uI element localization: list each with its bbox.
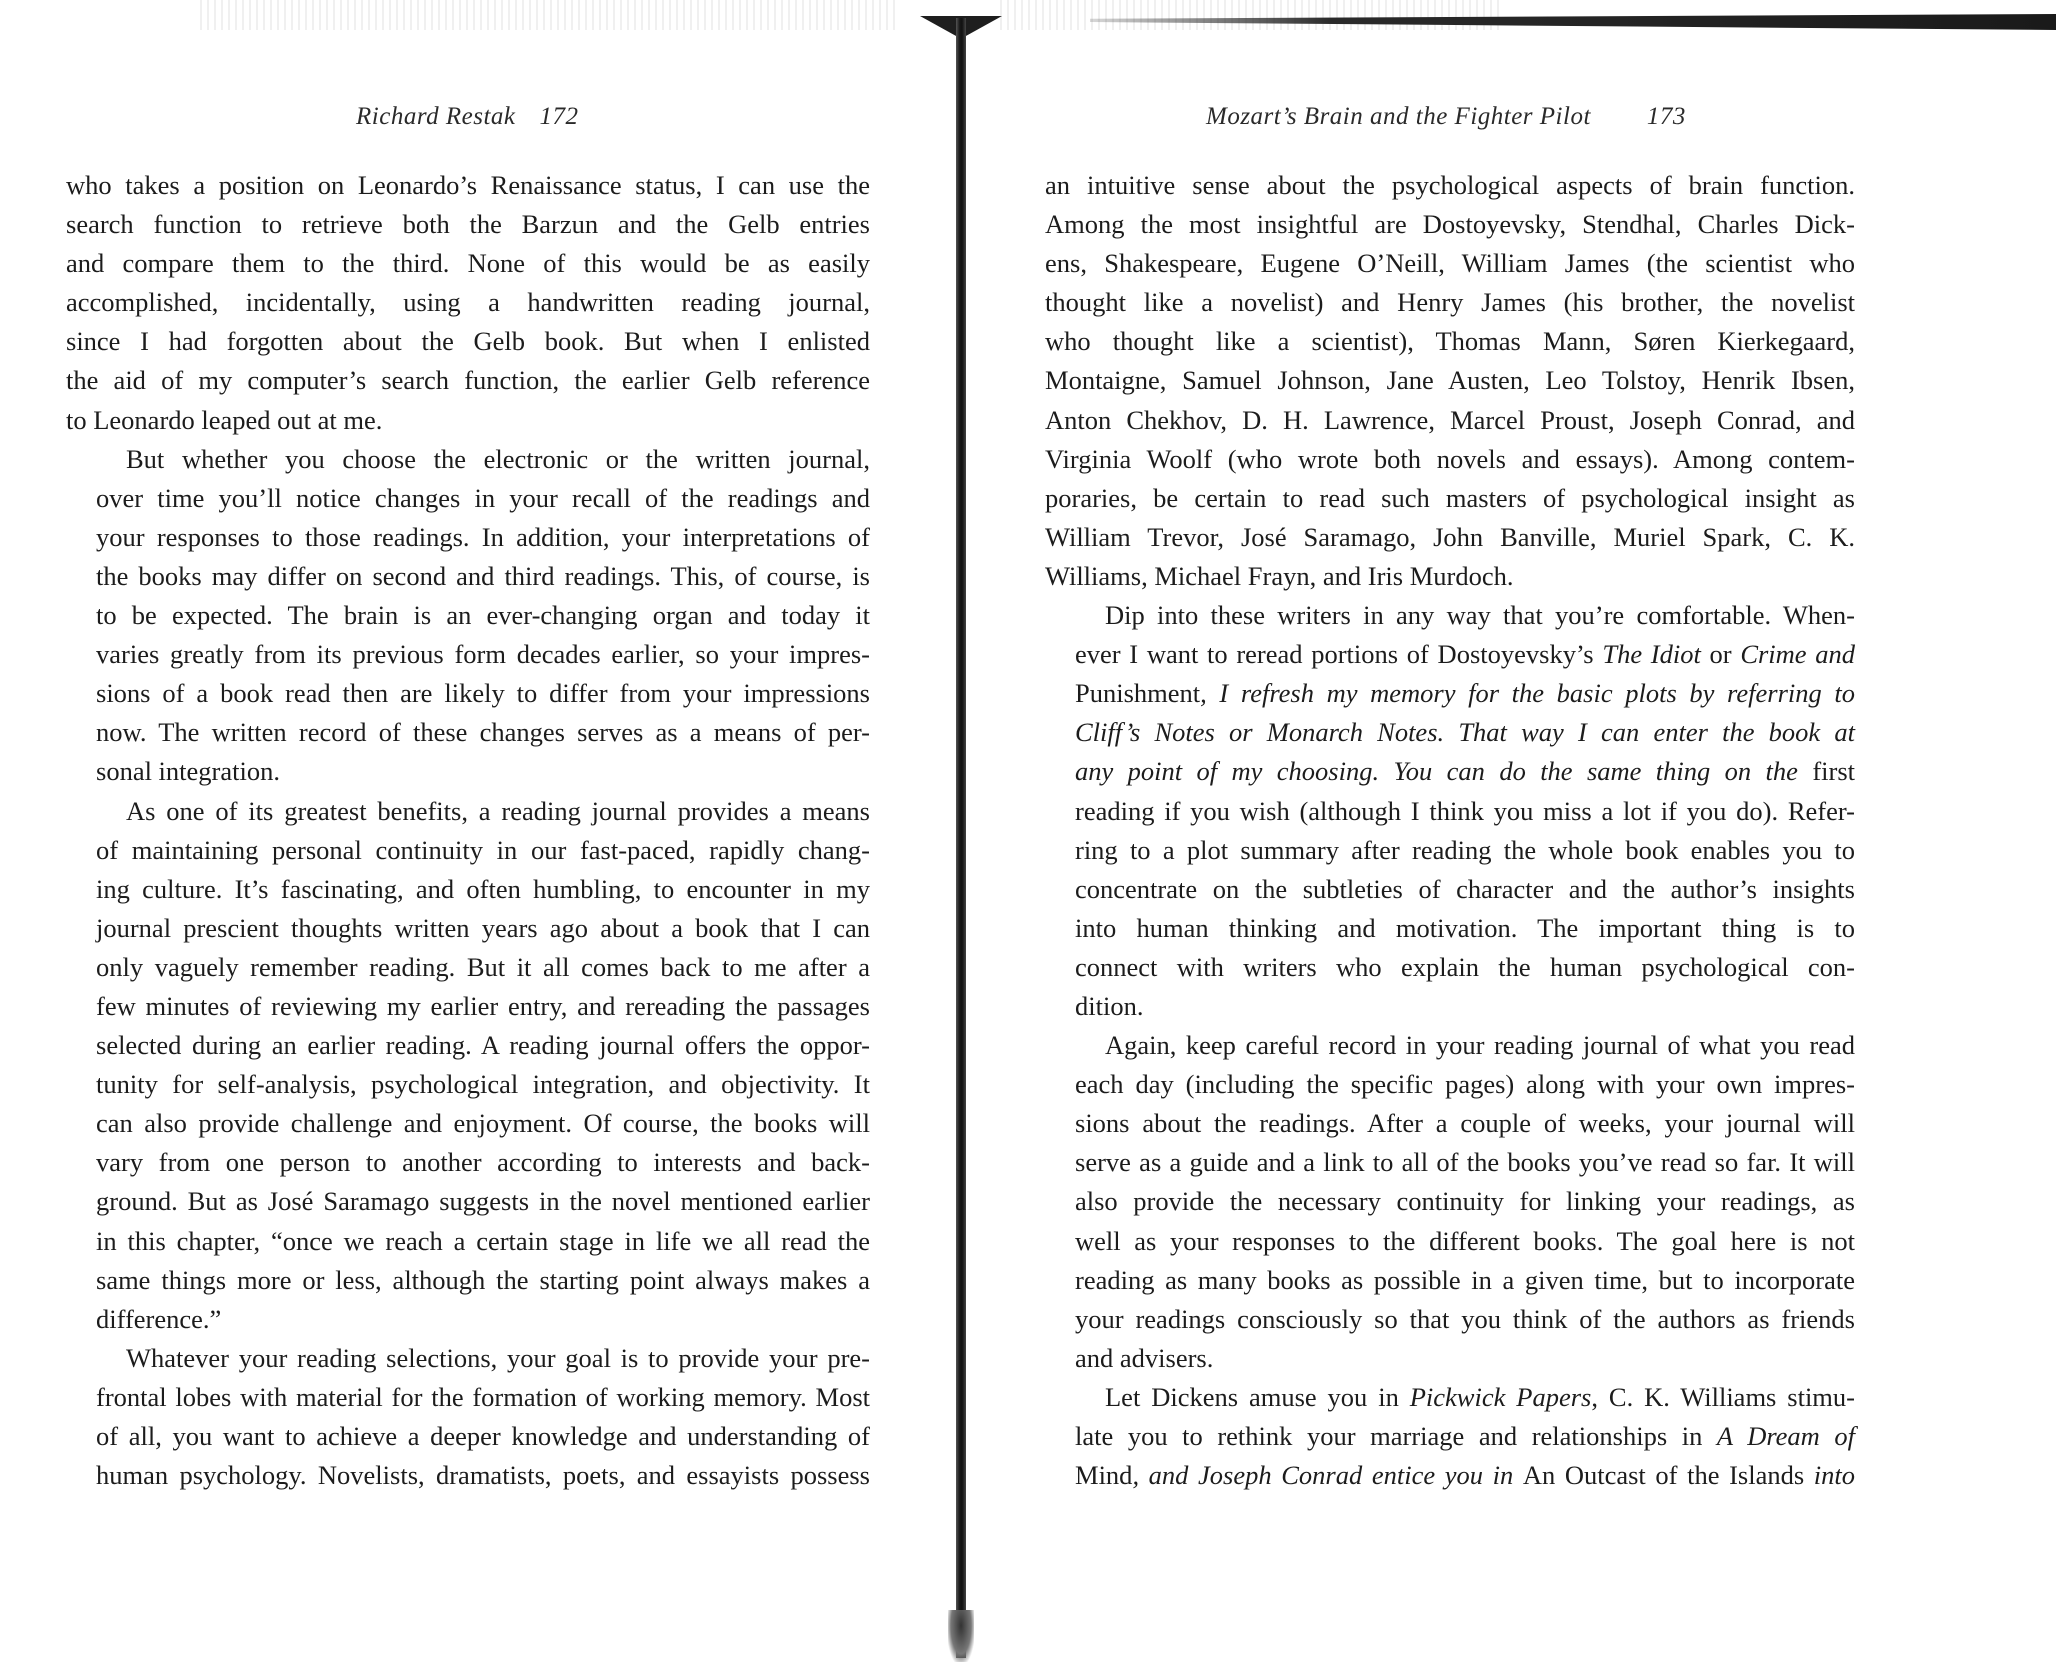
- text-line: and compare them to the third. None of t…: [66, 244, 870, 283]
- text-line: any point of my choosing. You can do the…: [1045, 752, 1855, 791]
- text-line: reading if you wish (although I think yo…: [1045, 792, 1855, 831]
- text-line: your responses to those readings. In add…: [66, 518, 870, 557]
- text-line: But whether you choose the electronic or…: [66, 440, 870, 479]
- text-line: varies greatly from its previous form de…: [66, 635, 870, 674]
- text-line: dition.: [1045, 987, 1855, 1026]
- paragraph: Whatever your reading selections, your g…: [66, 1339, 870, 1495]
- page-number: 173: [1647, 103, 1686, 130]
- text-line: frontal lobes with material for the form…: [66, 1378, 870, 1417]
- text-line: As one of its greatest benefits, a readi…: [66, 792, 870, 831]
- text-line: Among the most insightful are Dostoyevsk…: [1045, 205, 1855, 244]
- text-line: sonal integration.: [66, 752, 870, 791]
- paragraph: an intuitive sense about the psychologic…: [1045, 166, 1855, 596]
- text-line: Anton Chekhov, D. H. Lawrence, Marcel Pr…: [1045, 401, 1855, 440]
- text-line: vary from one person to another accordin…: [66, 1143, 870, 1182]
- text-line: of all, you want to achieve a deeper kno…: [66, 1417, 870, 1456]
- paragraph: Dip into these writers in any way that y…: [1045, 596, 1855, 1026]
- text-line: Virginia Woolf (who wrote both novels an…: [1045, 440, 1855, 479]
- paragraph: As one of its greatest benefits, a readi…: [66, 792, 870, 1339]
- text-line: to be expected. The brain is an ever-cha…: [66, 596, 870, 635]
- text-line: serve as a guide and a link to all of th…: [1045, 1143, 1855, 1182]
- text-line: the books may differ on second and third…: [66, 557, 870, 596]
- text-line: sions of a book read then are likely to …: [66, 674, 870, 713]
- text-line: an intuitive sense about the psychologic…: [1045, 166, 1855, 205]
- text-line: Dip into these writers in any way that y…: [1045, 596, 1855, 635]
- text-line: search function to retrieve both the Bar…: [66, 205, 870, 244]
- running-head-right: Mozart’s Brain and the Fighter Pilot173: [1206, 103, 1686, 131]
- text-line: ground. But as José Saramago suggests in…: [66, 1182, 870, 1221]
- text-line: reading as many books as possible in a g…: [1045, 1261, 1855, 1300]
- text-line: Mind, and Joseph Conrad entice you in An…: [1045, 1456, 1855, 1495]
- text-line: accomplished, incidentally, using a hand…: [66, 283, 870, 322]
- text-line: who takes a position on Leonardo’s Renai…: [66, 166, 870, 205]
- text-line: over time you’ll notice changes in your …: [66, 479, 870, 518]
- book-spread: Richard Restak172 who takes a position o…: [0, 0, 2056, 1669]
- paragraph: Again, keep careful record in your readi…: [1045, 1026, 1855, 1378]
- text-line: ens, Shakespeare, Eugene O’Neill, Willia…: [1045, 244, 1855, 283]
- text-line: journal prescient thoughts written years…: [66, 909, 870, 948]
- text-line: Williams, Michael Frayn, and Iris Murdoc…: [1045, 557, 1855, 596]
- right-page: Mozart’s Brain and the Fighter Pilot173 …: [966, 0, 2056, 1669]
- paragraph: But whether you choose the electronic or…: [66, 440, 870, 792]
- left-page: Richard Restak172 who takes a position o…: [0, 0, 956, 1669]
- text-line: William Trevor, José Saramago, John Banv…: [1045, 518, 1855, 557]
- text-line: ever I want to reread portions of Dostoy…: [1045, 635, 1855, 674]
- text-line: can also provide challenge and enjoyment…: [66, 1104, 870, 1143]
- text-line: Whatever your reading selections, your g…: [66, 1339, 870, 1378]
- text-line: Let Dickens amuse you in Pickwick Papers…: [1045, 1378, 1855, 1417]
- text-line: who thought like a scientist), Thomas Ma…: [1045, 322, 1855, 361]
- text-line: same things more or less, although the s…: [66, 1261, 870, 1300]
- text-line: difference.”: [66, 1300, 870, 1339]
- text-line: thought like a novelist) and Henry James…: [1045, 283, 1855, 322]
- text-line: selected during an earlier reading. A re…: [66, 1026, 870, 1065]
- text-line: Again, keep careful record in your readi…: [1045, 1026, 1855, 1065]
- text-line: into human thinking and motivation. The …: [1045, 909, 1855, 948]
- text-line: since I had forgotten about the Gelb boo…: [66, 322, 870, 361]
- running-head-left: Richard Restak172: [356, 103, 579, 131]
- text-line: tunity for self-analysis, psychological …: [66, 1065, 870, 1104]
- page-number: 172: [540, 103, 579, 130]
- paragraph: who takes a position on Leonardo’s Renai…: [66, 166, 870, 440]
- body-text-right: an intuitive sense about the psychologic…: [1045, 166, 1855, 1495]
- book-title: Mozart’s Brain and the Fighter Pilot: [1206, 103, 1591, 130]
- text-line: sions about the readings. After a couple…: [1045, 1104, 1855, 1143]
- text-line: and advisers.: [1045, 1339, 1855, 1378]
- text-line: late you to rethink your marriage and re…: [1045, 1417, 1855, 1456]
- text-line: only vaguely remember reading. But it al…: [66, 948, 870, 987]
- text-line: few minutes of reviewing my earlier entr…: [66, 987, 870, 1026]
- author-name: Richard Restak: [356, 103, 516, 130]
- text-line: Punishment, I refresh my memory for the …: [1045, 674, 1855, 713]
- text-line: ring to a plot summary after reading the…: [1045, 831, 1855, 870]
- text-line: ing culture. It’s fascinating, and often…: [66, 870, 870, 909]
- text-line: to Leonardo leaped out at me.: [66, 401, 870, 440]
- book-spine: [956, 18, 966, 1658]
- text-line: also provide the necessary continuity fo…: [1045, 1182, 1855, 1221]
- text-line: Cliff’s Notes or Monarch Notes. That way…: [1045, 713, 1855, 752]
- text-line: in this chapter, “once we reach a certai…: [66, 1222, 870, 1261]
- paragraph: Let Dickens amuse you in Pickwick Papers…: [1045, 1378, 1855, 1495]
- text-line: well as your responses to the different …: [1045, 1222, 1855, 1261]
- text-line: of maintaining personal continuity in ou…: [66, 831, 870, 870]
- body-text-left: who takes a position on Leonardo’s Renai…: [66, 166, 870, 1495]
- text-line: the aid of my computer’s search function…: [66, 361, 870, 400]
- text-line: poraries, be certain to read such master…: [1045, 479, 1855, 518]
- text-line: each day (including the specific pages) …: [1045, 1065, 1855, 1104]
- text-line: human psychology. Novelists, dramatists,…: [66, 1456, 870, 1495]
- text-line: Montaigne, Samuel Johnson, Jane Austen, …: [1045, 361, 1855, 400]
- text-line: your readings consciously so that you th…: [1045, 1300, 1855, 1339]
- text-line: connect with writers who explain the hum…: [1045, 948, 1855, 987]
- text-line: now. The written record of these changes…: [66, 713, 870, 752]
- text-line: concentrate on the subtleties of charact…: [1045, 870, 1855, 909]
